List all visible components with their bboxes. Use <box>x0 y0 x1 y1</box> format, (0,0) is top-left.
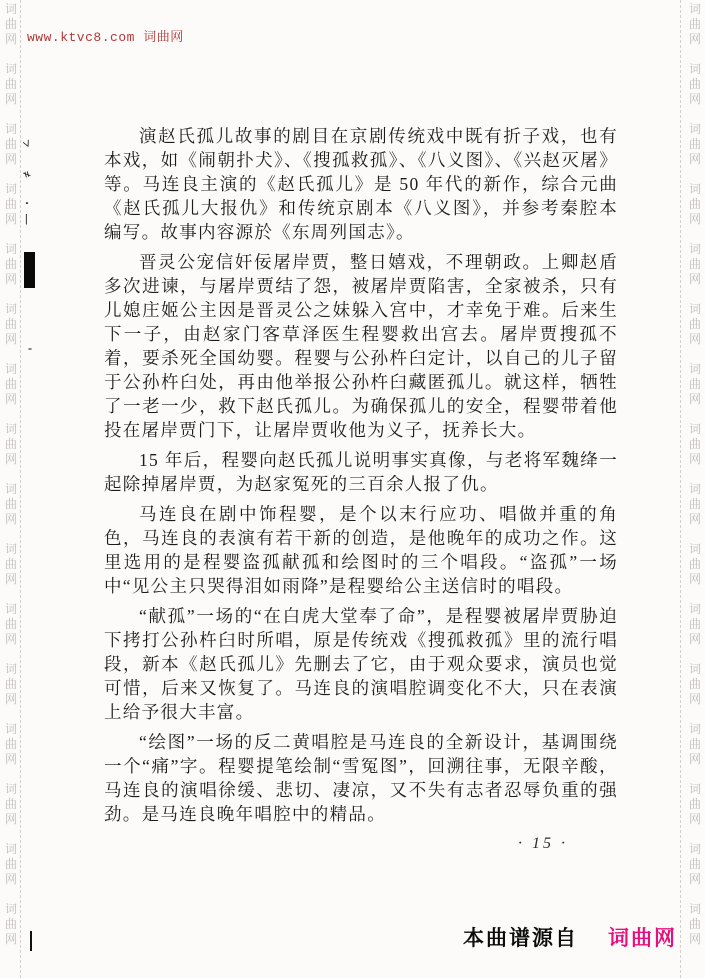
scanned-document-page: 词 曲 网 词 曲 网 词 曲 网 词 曲 网 词 曲 网 词 曲 网 词 曲 … <box>0 0 705 978</box>
paragraph-huitu: “绘图”一场的反二黄唱腔是马连良的全新设计，基调围绕一个“痛”字。程婴提笔绘制“… <box>104 730 618 826</box>
scan-artifact-dash: - <box>28 341 32 356</box>
scan-artifact-dot: · <box>25 196 29 211</box>
scan-artifact-block <box>24 252 35 288</box>
footer-site-name-link[interactable]: 词曲网 <box>608 922 677 952</box>
page-number: · 15 · <box>518 835 568 853</box>
paragraph-story-2: 15 年后，程婴向赵氏孤儿说明事实真像，与老将军魏绛一起除掉屠岸贾，为赵家冤死的… <box>104 448 618 496</box>
article-body: 演赵氏孤儿故事的剧目在京剧传统戏中既有折子戏，也有本戏，如《闹朝扑犬》、《搜孤救… <box>104 124 618 832</box>
footer-source-label: 本曲谱源自 <box>463 922 578 952</box>
paragraph-xianhu: “献孤”一场的“在白虎大堂奉了命”，是程婴被屠岸贾胁迫下拷打公孙杵臼时所唱，原是… <box>104 604 618 724</box>
watermark-column-right: 词 曲 网 词 曲 网 词 曲 网 词 曲 网 词 曲 网 词 曲 网 词 曲 … <box>687 2 703 947</box>
site-url-link[interactable]: www.ktvc8.com 词曲网 <box>27 26 184 45</box>
right-dashed-divider <box>680 0 681 978</box>
watermark-column-left: 词 曲 网 词 曲 网 词 曲 网 词 曲 网 词 曲 网 词 曲 网 词 曲 … <box>3 2 19 947</box>
paragraph-overview: 演赵氏孤儿故事的剧目在京剧传统戏中既有折子戏，也有本戏，如《闹朝扑犬》、《搜孤救… <box>104 124 618 244</box>
paragraph-story-1: 晋灵公宠信奸佞屠岸贾，整日嬉戏，不理朝政。上卿赵盾多次进谏，与屠岸贾结了怨，被屠… <box>104 250 618 442</box>
scan-artifact-tick: | <box>25 211 28 226</box>
paragraph-role: 马连良在剧中饰程婴，是个以末行应功、唱做并重的角色，马连良的表演有若干新的创造，… <box>104 502 618 598</box>
scan-artifact-line <box>30 931 32 951</box>
